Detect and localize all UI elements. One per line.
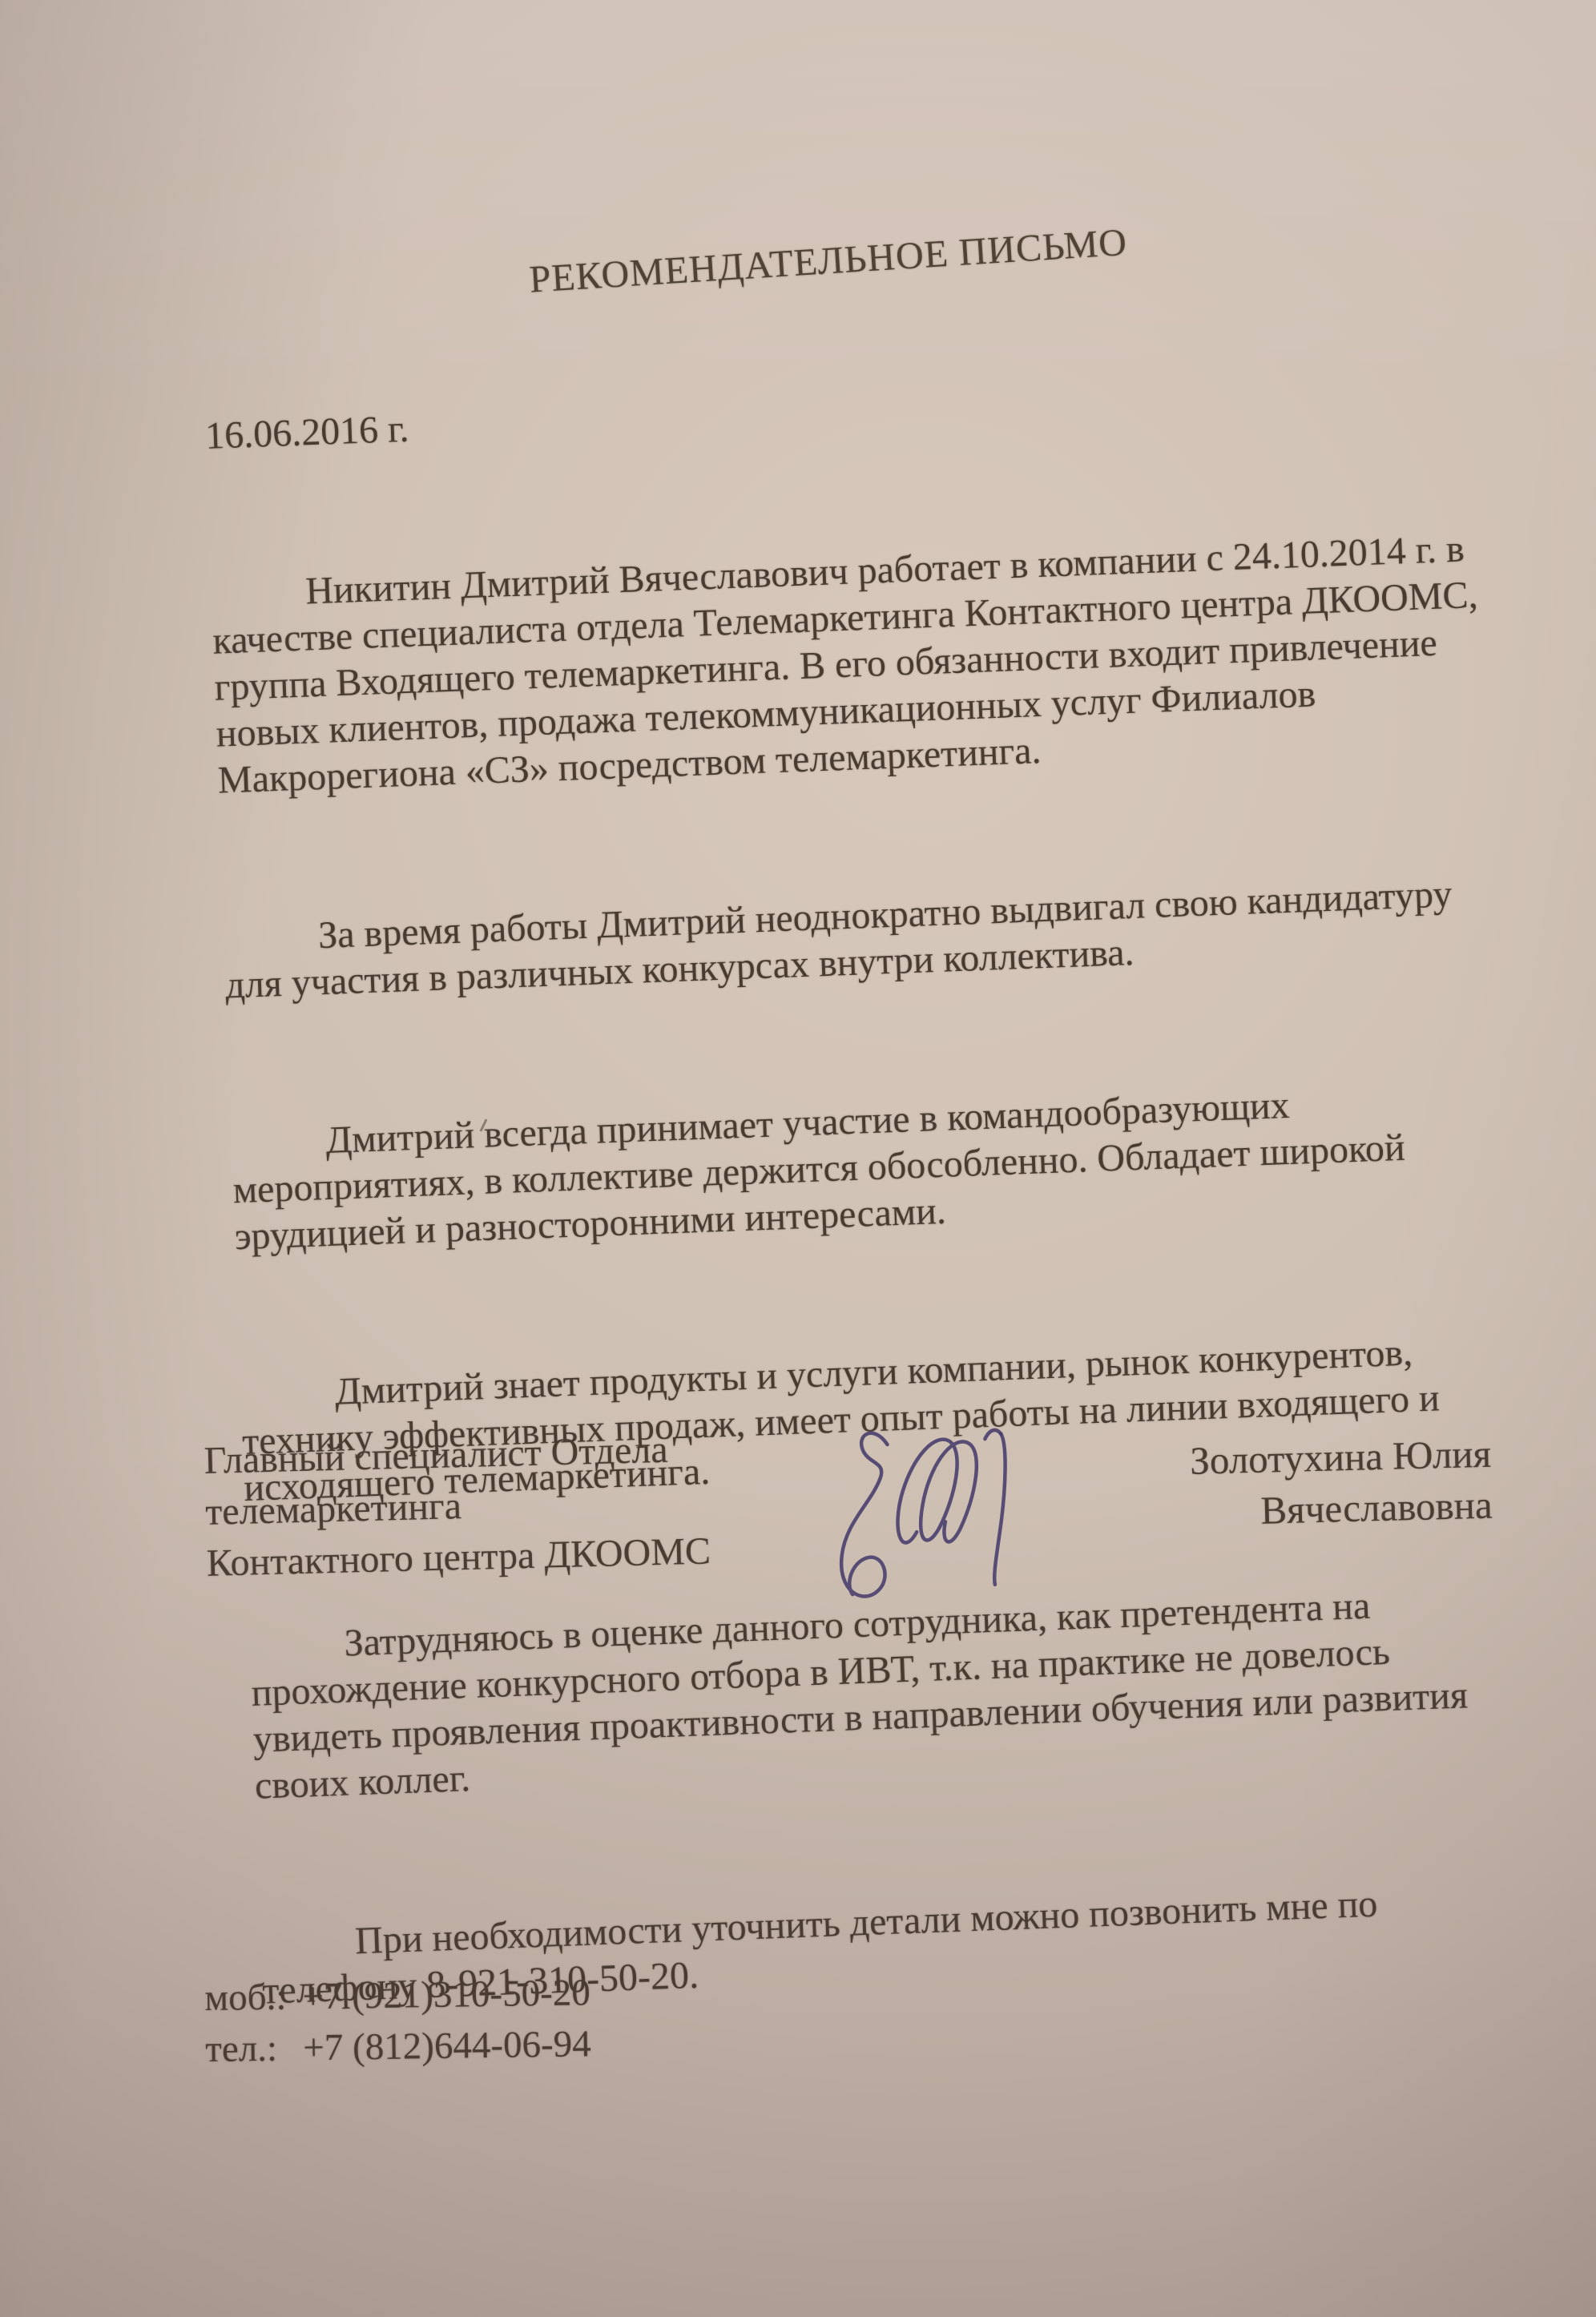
contact-phone: тел.:+7 (812)644-06-94 <box>205 2018 591 2075</box>
signer-name: Золотухина Юлия Вячеславовна <box>1042 1428 1493 1542</box>
paragraph-employment: Никитин Дмитрий Вячеславович работает в … <box>210 526 1476 804</box>
paragraph-contests: За время работы Дмитрий неоднократно выд… <box>223 870 1483 1009</box>
letter-body: РЕКОМЕНДАТЕЛЬНОЕ ПИСЬМО 16.06.2016 г. Ни… <box>195 118 1525 2127</box>
signer-position: Главный специалист Отдела телемаркетинга… <box>204 1424 711 1590</box>
letter-title: РЕКОМЕНДАТЕЛЬНОЕ ПИСЬМО <box>199 194 1457 324</box>
contact-mobile-label: моб.: <box>204 1971 303 2024</box>
contact-lines: моб.:+7 (921)310-50-20 тел.:+7 (812)644-… <box>204 1967 591 2075</box>
handwritten-signature-icon <box>796 1392 1034 1646</box>
paragraph-teamwork: Дмитрий всегда принимает участие в коман… <box>231 1075 1493 1260</box>
letter-date: 16.06.2016 г. <box>204 367 1463 459</box>
contact-phone-value: +7 (812)644-06-94 <box>303 2023 591 2069</box>
contact-mobile-value: +7 (921)310-50-20 <box>302 1972 590 2017</box>
contact-phone-label: тел.: <box>205 2022 304 2075</box>
photographed-letter: РЕКОМЕНДАТЕЛЬНОЕ ПИСЬМО 16.06.2016 г. Ни… <box>0 0 1596 2317</box>
contact-mobile: моб.:+7 (921)310-50-20 <box>204 1967 590 2024</box>
